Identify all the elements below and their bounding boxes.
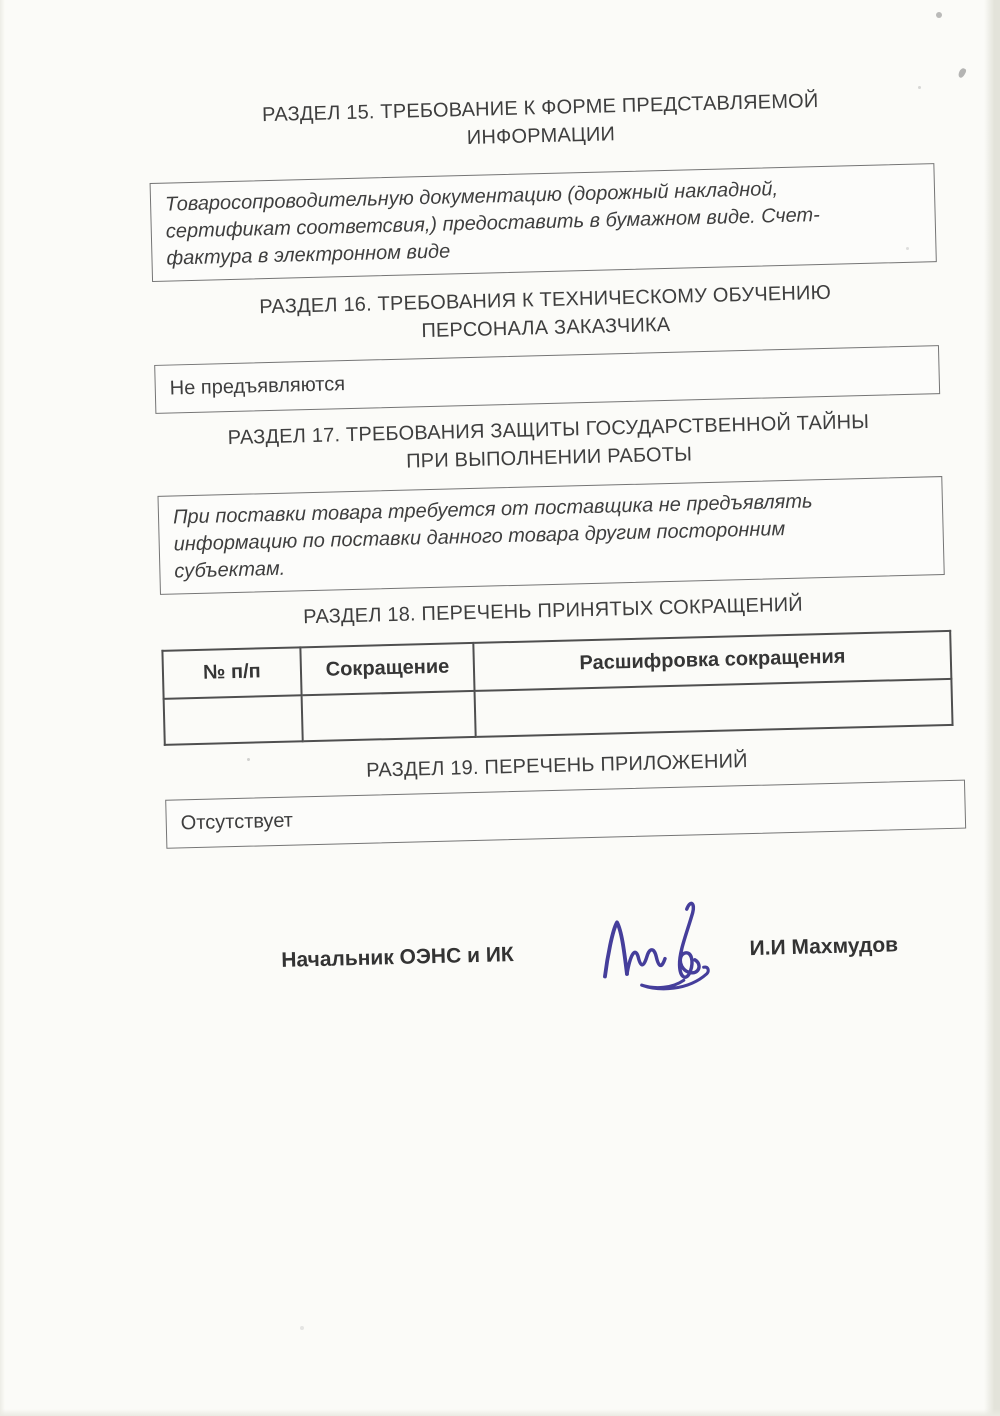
- section-17-body-text: При поставки товара требуется от поставщ…: [173, 488, 830, 586]
- scan-speck: [906, 247, 909, 250]
- scan-speck: [300, 1326, 304, 1330]
- document-sheet: РАЗДЕЛ 15. ТРЕБОВАНИЕ К ФОРМЕ ПРЕДСТАВЛЯ…: [0, 0, 1000, 1416]
- scan-speck: [247, 758, 250, 761]
- signature-block: Начальник ОЭНС и ИК И.И Махмудов: [168, 903, 955, 1005]
- section-15-body-text: Товаросопроводительную документацию (дор…: [165, 175, 822, 273]
- signatory-role: Начальник ОЭНС и ИК: [281, 943, 514, 973]
- scan-edge-right: [984, 0, 1000, 1416]
- section-15-body-box: Товаросопроводительную документацию (дор…: [150, 163, 937, 282]
- section-16-body-text: Не предъявляются: [169, 356, 924, 402]
- table-header-number: № п/п: [162, 647, 301, 698]
- table-cell: [301, 691, 475, 741]
- section-19-body-box: Отсутствует: [165, 780, 966, 849]
- section-16-body-box: Не предъявляются: [154, 345, 940, 414]
- section-17-body-box: При поставки товара требуется от поставщ…: [157, 476, 944, 595]
- scan-speck: [936, 12, 942, 18]
- table-header-abbreviation: Сокращение: [300, 643, 475, 695]
- section-15-heading: РАЗДЕЛ 15. ТРЕБОВАНИЕ К ФОРМЕ ПРЕДСТАВЛЯ…: [220, 86, 861, 159]
- section-18-heading: РАЗДЕЛ 18. ПЕРЕЧЕНЬ ПРИНЯТЫХ СОКРАЩЕНИЙ: [160, 587, 945, 635]
- section-19-body-text: Отсутствует: [180, 791, 950, 837]
- scan-speck: [918, 86, 921, 89]
- abbreviations-table: № п/п Сокращение Расшифровка сокращения: [161, 630, 953, 746]
- table-cell: [164, 695, 303, 744]
- document-content: РАЗДЕЛ 15. ТРЕБОВАНИЕ К ФОРМЕ ПРЕДСТАВЛЯ…: [0, 0, 955, 1009]
- scan-edge-bottom: [0, 1409, 1000, 1416]
- handwritten-signature-icon: [596, 895, 716, 994]
- section-17-heading: РАЗДЕЛ 17. ТРЕБОВАНИЯ ЗАЩИТЫ ГОСУДАРСТВЕ…: [213, 407, 884, 481]
- signatory-name: И.И Махмудов: [749, 933, 898, 961]
- scan-edge-left: [0, 0, 5, 1416]
- scanned-document-page: РАЗДЕЛ 15. ТРЕБОВАНИЕ К ФОРМЕ ПРЕДСТАВЛЯ…: [0, 0, 1000, 1416]
- section-16-heading: РАЗДЕЛ 16. ТРЕБОВАНИЯ К ТЕХНИЧЕСКОМУ ОБУ…: [225, 278, 866, 351]
